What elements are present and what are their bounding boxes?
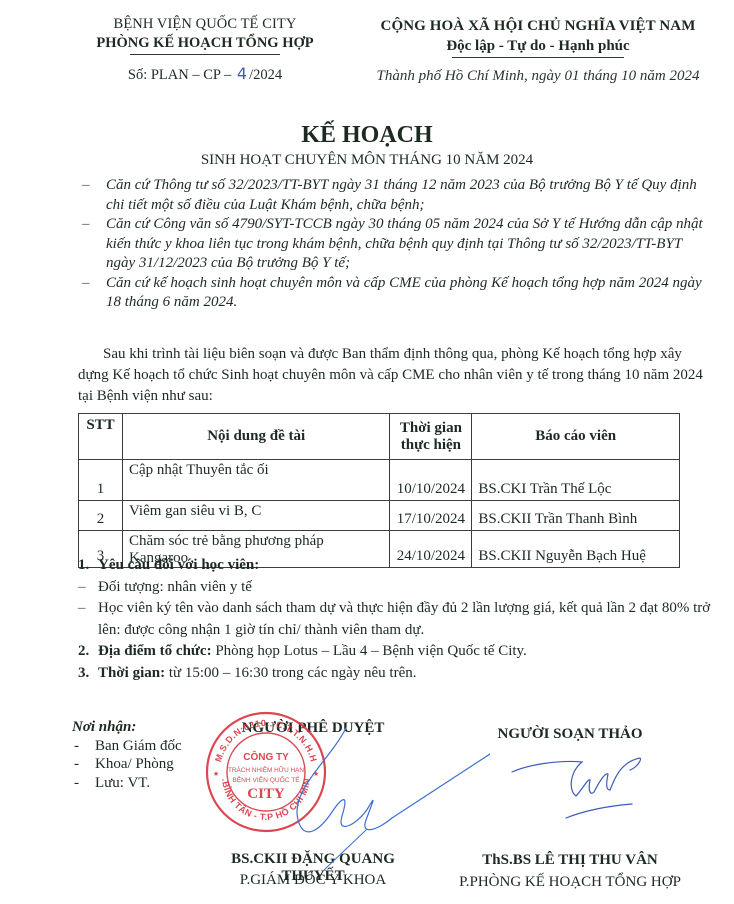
cell-topic: Viêm gan siêu vi B, C: [122, 501, 389, 531]
header-topic: Nội dung đề tài: [122, 414, 389, 460]
section-time: 3. Thời gian: từ 15:00 – 16:30 trong các…: [78, 663, 718, 685]
section-learner-requirements: 1. Yêu cầu đối với học viên:: [78, 555, 718, 577]
legal-basis-text: Căn cứ Công văn số 4790/SYT-TCCB ngày 30…: [106, 216, 703, 271]
header-underline: [130, 54, 280, 55]
cell-reporter: BS.CKII Trần Thanh Bình: [472, 501, 680, 531]
section-text: từ 15:00 – 16:30 trong các ngày nêu trên…: [165, 665, 416, 681]
nation-name: CỘNG HOÀ XÃ HỘI CHỦ NGHĨA VIỆT NAM: [358, 18, 718, 35]
cell-stt: 2: [79, 501, 123, 531]
legal-basis-text: Căn cứ Thông tư số 32/2023/TT-BYT ngày 3…: [106, 177, 697, 213]
table-row: 1 Cập nhật Thuyên tắc ối 10/10/2024 BS.C…: [79, 460, 680, 501]
recipient-text: Khoa/ Phòng: [95, 756, 174, 772]
schedule-table: STT Nội dung đề tài Thời gian thực hiện …: [78, 413, 680, 568]
dash-bullet: –: [78, 598, 86, 620]
drafter-signature-scribble-icon: [490, 750, 680, 830]
cell-date: 17/10/2024: [390, 501, 472, 531]
recipient-text: Ban Giám đốc: [95, 738, 182, 754]
dash-bullet: -: [74, 737, 79, 756]
requirement-text: Đối tượng: nhân viên y tế: [98, 579, 252, 595]
svg-text:★: ★: [213, 770, 219, 778]
section-number: 3.: [78, 663, 89, 685]
section-number: 1.: [78, 555, 89, 577]
national-heading: CỘNG HOÀ XÃ HỘI CHỦ NGHĨA VIỆT NAM Độc l…: [358, 18, 718, 85]
issuer-block: BỆNH VIỆN QUỐC TẾ CITY PHÒNG KẾ HOẠCH TỔ…: [70, 16, 340, 84]
cell-stt: 1: [79, 460, 123, 501]
section-text: Phòng họp Lotus – Lầu 4 – Bệnh viện Quốc…: [212, 643, 527, 659]
section-number: 2.: [78, 641, 89, 663]
doc-number-prefix: Số: PLAN – CP –: [128, 67, 231, 83]
header-date: Thời gian thực hiện: [390, 414, 472, 460]
intro-paragraph: Sau khi trình tài liệu biên soạn và được…: [78, 344, 710, 407]
cell-reporter: BS.CKI Trần Thế Lộc: [472, 460, 680, 501]
table-header-row: STT Nội dung đề tài Thời gian thực hiện …: [79, 414, 680, 460]
document-subtitle: SINH HOẠT CHUYÊN MÔN THÁNG 10 NĂM 2024: [0, 152, 734, 169]
department-name: PHÒNG KẾ HOẠCH TỔNG HỢP: [96, 35, 313, 52]
place-date: Thành phố Hồ Chí Minh, ngày 01 tháng 10 …: [358, 68, 718, 85]
legal-basis-item: –Căn cứ kế hoạch sinh hoạt chuyên môn và…: [82, 274, 712, 313]
header-reporter: Báo cáo viên: [472, 414, 680, 460]
dash-bullet: –: [78, 577, 86, 599]
section-label: Yêu cầu đối với học viên:: [98, 557, 259, 573]
legal-basis-item: –Căn cứ Công văn số 4790/SYT-TCCB ngày 3…: [82, 215, 712, 274]
requirements: 1. Yêu cầu đối với học viên: –Đối tượng:…: [78, 555, 718, 684]
section-label: Địa điểm tổ chức:: [98, 643, 212, 659]
legal-bases: –Căn cứ Thông tư số 32/2023/TT-BYT ngày …: [82, 176, 712, 313]
doc-number-suffix: /2024: [249, 67, 282, 83]
dash-bullet: –: [82, 274, 90, 294]
recipients: Nơi nhận: -Ban Giám đốc -Khoa/ Phòng -Lư…: [72, 718, 182, 792]
dash-bullet: –: [82, 215, 90, 235]
dash-bullet: -: [74, 755, 79, 774]
section-location: 2. Địa điểm tổ chức: Phòng họp Lotus – L…: [78, 641, 718, 663]
header-stt: STT: [79, 414, 123, 460]
recipient-item: -Lưu: VT.: [72, 774, 182, 793]
cell-date: 10/10/2024: [390, 460, 472, 501]
document-title: KẾ HOẠCH: [0, 122, 734, 149]
document-number: Số: PLAN – CP – 4/2024: [70, 64, 340, 84]
recipient-text: Lưu: VT.: [95, 775, 150, 791]
approver-signature-scribble-icon: [270, 720, 490, 880]
recipient-item: -Ban Giám đốc: [72, 737, 182, 756]
table-row: 2 Viêm gan siêu vi B, C 17/10/2024 BS.CK…: [79, 501, 680, 531]
section-label: Thời gian:: [98, 665, 165, 681]
dash-bullet: –: [82, 176, 90, 196]
requirement-item: –Học viên ký tên vào danh sách tham dự v…: [78, 598, 718, 641]
dash-bullet: -: [74, 774, 79, 793]
requirement-text: Học viên ký tên vào danh sách tham dự và…: [98, 600, 710, 638]
national-motto: Độc lập - Tự do - Hạnh phúc: [358, 38, 718, 55]
cell-topic: Cập nhật Thuyên tắc ối: [122, 460, 389, 501]
requirement-item: –Đối tượng: nhân viên y tế: [78, 577, 718, 599]
motto-underline: [452, 57, 624, 58]
organization-name: BỆNH VIỆN QUỐC TẾ CITY: [70, 16, 340, 33]
legal-basis-item: –Căn cứ Thông tư số 32/2023/TT-BYT ngày …: [82, 176, 712, 215]
recipient-item: -Khoa/ Phòng: [72, 755, 182, 774]
doc-number-handwritten: 4: [235, 64, 249, 83]
legal-basis-text: Căn cứ kế hoạch sinh hoạt chuyên môn và …: [106, 275, 702, 311]
recipients-heading: Nơi nhận:: [72, 718, 182, 737]
